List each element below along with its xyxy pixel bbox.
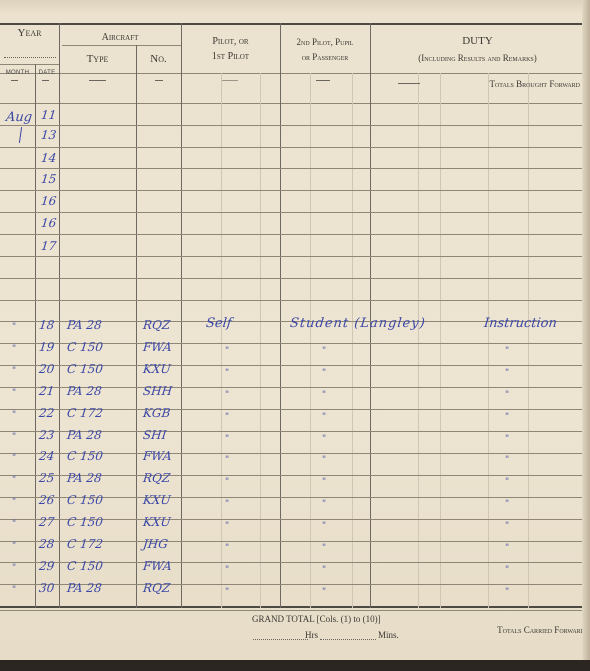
table-bottom-rule-2	[0, 610, 585, 611]
duty-subheader: (Including Results and Remarks)	[370, 51, 585, 65]
second-pilot-cell: "	[322, 346, 326, 356]
month-header: MONTH	[0, 66, 35, 80]
aircraft-subheader-rule	[62, 45, 181, 46]
date-cell: 19	[38, 340, 55, 354]
pilot-cell: "	[225, 521, 229, 531]
no-dash	[155, 80, 163, 81]
row-rule	[0, 300, 585, 301]
duty-cell: "	[505, 412, 509, 422]
month-ditto: "	[12, 541, 16, 551]
second-pilot-cell: "	[322, 565, 326, 575]
duty-cell: "	[505, 587, 509, 597]
date-cell: 24	[38, 449, 55, 463]
year-dotted-rule	[4, 57, 56, 58]
second-pilot-cell: "	[322, 521, 326, 531]
aircraft-type-cell: C 150	[66, 449, 103, 463]
pilot-cell: "	[225, 434, 229, 444]
aircraft-no-cell: RQZ	[142, 581, 171, 595]
row-rule	[0, 256, 585, 257]
duty-dash	[398, 83, 420, 84]
totals-brought-forward: Totals Brought Forward	[430, 77, 580, 91]
type-header: Type	[59, 52, 136, 66]
faint-grid-line	[488, 73, 489, 608]
date-13: 13	[40, 128, 57, 142]
date-cell: 27	[38, 515, 55, 529]
second-pilot-cell: Student (Langley)	[289, 316, 426, 331]
pilot-cell: "	[225, 499, 229, 509]
pilot-cell: "	[225, 543, 229, 553]
pilot-cell: "	[225, 368, 229, 378]
date-cell: 26	[38, 493, 55, 507]
page-spine	[582, 0, 590, 664]
second-pilot-cell: "	[322, 543, 326, 553]
date-17: 17	[40, 239, 57, 253]
second-pilot-cell: "	[322, 434, 326, 444]
month-ditto: "	[12, 410, 16, 420]
col-date-type-divider	[59, 23, 60, 608]
pilot-cell: "	[225, 412, 229, 422]
mins-dotted-field	[320, 639, 376, 640]
col-pilot-second-divider	[280, 23, 281, 608]
faint-grid-line	[260, 73, 261, 608]
second-pilot-cell: "	[322, 390, 326, 400]
pilot-cell: "	[225, 477, 229, 487]
row-rule	[0, 234, 585, 235]
month-ditto: "	[12, 585, 16, 595]
hrs-dotted-field	[253, 639, 308, 640]
duty-cell: "	[505, 521, 509, 531]
row-rule	[0, 212, 585, 213]
table-bottom-rule	[0, 606, 585, 608]
aircraft-header: Aircraft	[59, 31, 181, 45]
date-cell: 18	[38, 318, 55, 332]
aircraft-type-cell: C 150	[66, 340, 103, 354]
second-pilot-cell: "	[322, 477, 326, 487]
no-header: No.	[136, 52, 181, 66]
aircraft-type-cell: C 172	[66, 406, 103, 420]
month-ditto: "	[12, 366, 16, 376]
aircraft-type-cell: C 172	[66, 537, 103, 551]
aircraft-no-cell: KXU	[142, 362, 171, 376]
month-ditto: "	[12, 432, 16, 442]
header-bottom-rule	[0, 73, 585, 74]
month-ditto: "	[12, 453, 16, 463]
aircraft-no-cell: FWA	[142, 559, 172, 573]
header-top-rule	[0, 23, 585, 25]
year-header: Year	[0, 26, 59, 40]
month-bracket	[19, 127, 22, 143]
mins-label: Mins.	[378, 630, 399, 640]
date-cell: 28	[38, 537, 55, 551]
duty-cell: "	[505, 543, 509, 553]
pilot-cell: "	[225, 587, 229, 597]
date-15: 15	[40, 172, 57, 186]
month-ditto: "	[12, 344, 16, 354]
aircraft-type-cell: PA 28	[66, 581, 102, 595]
row-rule	[0, 278, 585, 279]
month-aug: Aug	[5, 110, 33, 125]
pilot-header-line1: Pilot, or	[181, 35, 280, 49]
pilot-cell: Self	[205, 316, 232, 331]
row-rule	[0, 147, 585, 148]
pilot-dash	[222, 80, 238, 81]
faint-grid-line	[418, 73, 419, 608]
date-cell: 22	[38, 406, 55, 420]
aircraft-type-cell: C 150	[66, 493, 103, 507]
aircraft-no-cell: SHH	[142, 384, 173, 398]
pilot-cell: "	[225, 565, 229, 575]
aircraft-no-cell: RQZ	[142, 318, 171, 332]
second-pilot-header-line1: 2nd Pilot, Pupil	[280, 35, 370, 49]
aircraft-no-cell: KXU	[142, 493, 171, 507]
date-cell: 30	[38, 581, 55, 595]
month-ditto: "	[12, 497, 16, 507]
duty-header: DUTY	[370, 34, 585, 48]
aircraft-no-cell: RQZ	[142, 471, 171, 485]
pilot-cell: "	[225, 455, 229, 465]
month-ditto: "	[12, 322, 16, 332]
second-pilot-cell: "	[322, 368, 326, 378]
aircraft-type-cell: C 150	[66, 515, 103, 529]
date-16a: 16	[40, 194, 57, 208]
second-pilot-header-line2: or Passenger	[280, 50, 370, 64]
faint-grid-line	[221, 73, 222, 608]
month-ditto: "	[12, 388, 16, 398]
month-dash	[11, 80, 18, 81]
col-month-date-divider	[35, 64, 36, 608]
date-header: DATE	[35, 66, 59, 80]
grand-total-label: GRAND TOTAL [Cols. (1) to (10)]	[252, 614, 381, 624]
date-cell: 20	[38, 362, 55, 376]
type-dash	[89, 80, 106, 81]
month-ditto: "	[12, 475, 16, 485]
row-rule	[0, 190, 585, 191]
dash-row-bottom-rule	[0, 103, 585, 104]
date-14: 14	[40, 151, 57, 165]
faint-grid-line	[352, 73, 353, 608]
date-dash	[42, 80, 49, 81]
aircraft-type-cell: C 150	[66, 362, 103, 376]
aircraft-type-cell: PA 28	[66, 428, 102, 442]
col-type-no-divider	[136, 45, 137, 608]
aircraft-no-cell: SHI	[142, 428, 167, 442]
second-pilot-cell: "	[322, 587, 326, 597]
duty-cell: "	[505, 346, 509, 356]
duty-cell: "	[505, 368, 509, 378]
date-cell: 21	[38, 384, 55, 398]
second-pilot-cell: "	[322, 412, 326, 422]
date-cell: 29	[38, 559, 55, 573]
date-cell: 23	[38, 428, 55, 442]
aircraft-no-cell: KXU	[142, 515, 171, 529]
duty-cell: "	[505, 499, 509, 509]
duty-cell: Instruction	[483, 316, 557, 331]
aircraft-type-cell: C 150	[66, 559, 103, 573]
aircraft-type-cell: PA 28	[66, 384, 102, 398]
aircraft-type-cell: PA 28	[66, 318, 102, 332]
faint-grid-line	[440, 73, 441, 608]
aircraft-no-cell: KGB	[142, 406, 171, 420]
row-rule	[0, 168, 585, 169]
col-no-pilot-divider	[181, 23, 182, 608]
date-16b: 16	[40, 216, 57, 230]
duty-cell: "	[505, 390, 509, 400]
faint-grid-line	[310, 73, 311, 608]
aircraft-type-cell: PA 28	[66, 471, 102, 485]
duty-cell: "	[505, 434, 509, 444]
pilot-cell: "	[225, 390, 229, 400]
pilot-cell: "	[225, 346, 229, 356]
second-pilot-cell: "	[322, 499, 326, 509]
second-pilot-cell: "	[322, 455, 326, 465]
month-ditto: "	[12, 519, 16, 529]
aircraft-no-cell: JHG	[142, 537, 168, 551]
month-ditto: "	[12, 563, 16, 573]
month-date-rule	[0, 64, 59, 65]
duty-cell: "	[505, 455, 509, 465]
date-cell: 25	[38, 471, 55, 485]
row-rule	[0, 125, 585, 126]
hrs-label: Hrs	[305, 630, 318, 640]
aircraft-no-cell: FWA	[142, 340, 172, 354]
date-11: 11	[40, 108, 57, 122]
duty-cell: "	[505, 565, 509, 575]
pilot-header-line2: 1st Pilot	[181, 50, 280, 64]
duty-cell: "	[505, 477, 509, 487]
logbook-page: Year MONTH DATE Aircraft Type No. Pilot,…	[0, 0, 590, 664]
second-dash	[316, 80, 330, 81]
aircraft-no-cell: FWA	[142, 449, 172, 463]
totals-carried-forward: Totals Carried Forward	[450, 623, 585, 637]
page-bottom-edge	[0, 660, 590, 671]
faint-grid-line	[528, 73, 529, 608]
